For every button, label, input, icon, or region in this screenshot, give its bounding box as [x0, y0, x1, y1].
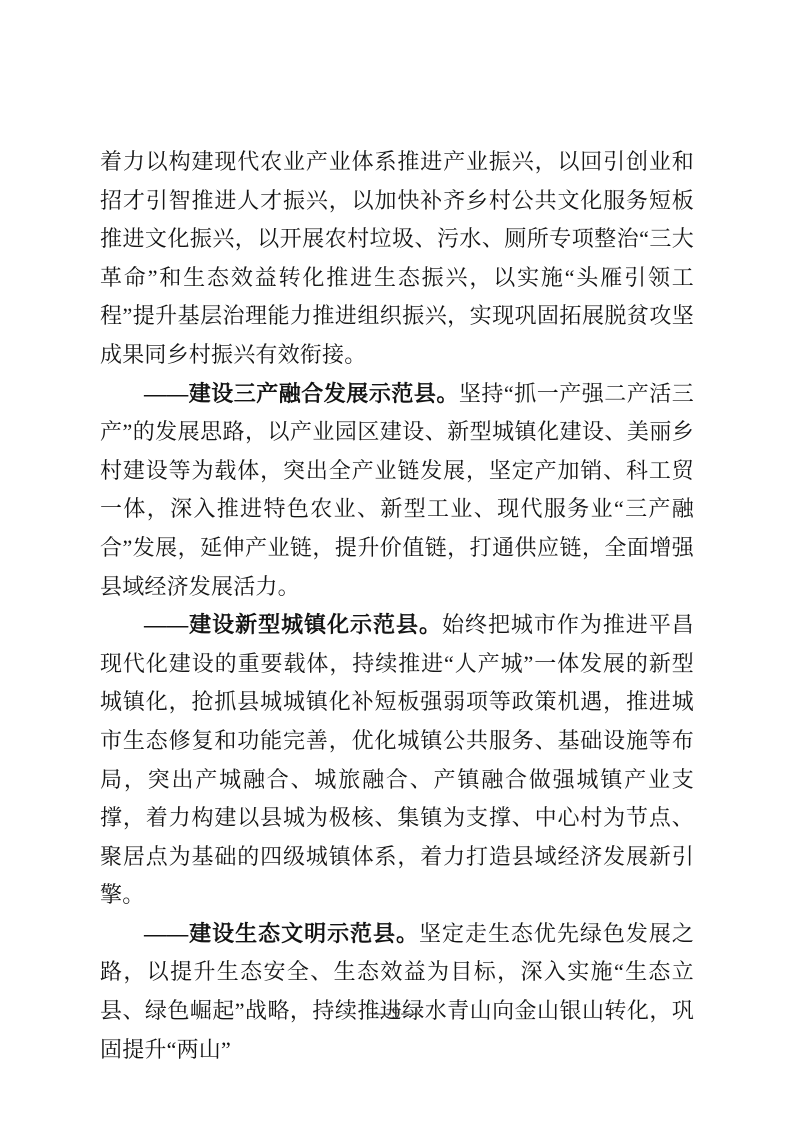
paragraph-lead: ——建设三产融合发展示范县。	[144, 381, 459, 406]
body-paragraph: ——建设新型城镇化示范县。始终把城市作为推进平昌现代化建设的重要载体，持续推进“…	[100, 606, 694, 915]
document-page: 着力以构建现代农业产业体系推进产业振兴，以回引创业和招才引智推进人才振兴，以加快…	[0, 0, 793, 1122]
paragraph-text: 着力以构建现代农业产业体系推进产业振兴，以回引创业和招才引智推进人才振兴，以加快…	[100, 149, 694, 367]
body-paragraph: 着力以构建现代农业产业体系推进产业振兴，以回引创业和招才引智推进人才振兴，以加快…	[100, 143, 694, 375]
paragraph-lead: ——建设新型城镇化示范县。	[144, 612, 442, 637]
document-body: 着力以构建现代农业产业体系推进产业振兴，以回引创业和招才引智推进人才振兴，以加快…	[100, 143, 694, 1069]
paragraph-text: 坚持“抓一产强二产活三产”的发展思路，以产业园区建设、新型城镇化建设、美丽乡村建…	[100, 381, 694, 599]
paragraph-lead: ——建设生态文明示范县。	[144, 921, 419, 946]
body-paragraph: ——建设生态文明示范县。坚定走生态优先绿色发展之路，以提升生态安全、生态效益为目…	[100, 915, 694, 1069]
page-footer: —9—	[0, 1003, 793, 1023]
paragraph-text: 始终把城市作为推进平昌现代化建设的重要载体，持续推进“人产城”一体发展的新型城镇…	[100, 612, 694, 907]
body-paragraph: ——建设三产融合发展示范县。坚持“抓一产强二产活三产”的发展思路，以产业园区建设…	[100, 375, 694, 607]
page-number: —9—	[374, 1003, 420, 1022]
